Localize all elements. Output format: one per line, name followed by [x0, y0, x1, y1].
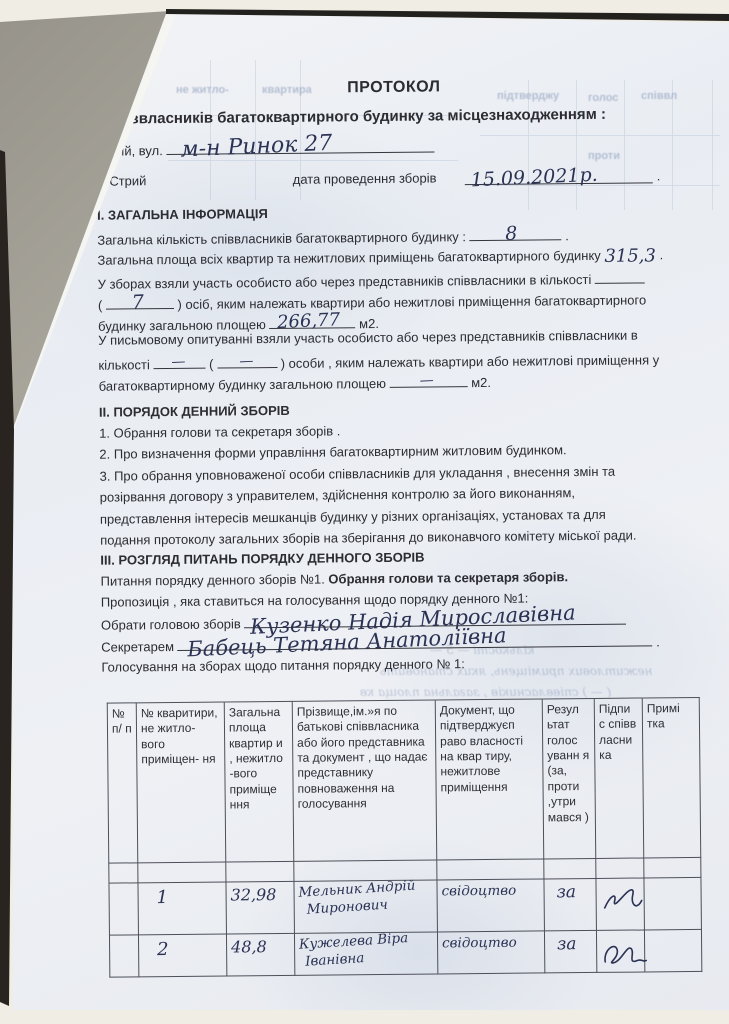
agenda-item: 2. Про визначення форми управління багат… — [99, 442, 566, 462]
written-poll-count-label: кількості — [98, 357, 149, 372]
written-poll-tail: ) особи , яким належать квартири або неж… — [281, 352, 660, 371]
voting-line: Голосування на зборах щодо питання поряд… — [101, 656, 465, 675]
period: . — [656, 634, 660, 649]
note-cell — [644, 929, 701, 971]
vote-handwriting: за — [556, 882, 576, 902]
written-poll-area-blank: — — [389, 372, 467, 388]
question-bold: Обрання голови та секретаря зборів. — [328, 569, 568, 586]
participants-blank — [595, 268, 645, 283]
participants-label: У зборах взяли участь особисто або через… — [98, 272, 592, 292]
scanned-document: не житло- квартира підтверджу голос спів… — [0, 0, 729, 1024]
name-cell: Мельник Андрій Миронович — [294, 880, 437, 933]
apt-cell: 1 — [138, 882, 226, 935]
header-cell: Резул ьтат голос уванн я (за, проти ,утр… — [542, 698, 596, 858]
participants-tail: ) осіб, яким належать квартири або нежит… — [177, 292, 646, 311]
participants-area-handwriting: 266,77 — [277, 312, 341, 331]
document-title: ПРОТОКОЛ — [96, 77, 692, 99]
participants-area-blank: 266,77 — [269, 313, 355, 329]
period: . — [659, 247, 663, 262]
secretary-line: Секретарем Бабець Тетяна Анатоліївна . — [101, 631, 660, 655]
total-owners-line: Загальна кількість співвласників багаток… — [97, 225, 569, 249]
empty-cell — [644, 857, 701, 878]
question-prefix: Питання порядку денного зборів №1. — [101, 572, 325, 589]
date-blank: 15.09.2021р. — [465, 168, 653, 185]
signature-cell — [596, 878, 644, 930]
total-owners-blank: 8 — [470, 225, 562, 241]
dash-handwriting: — — [239, 353, 254, 370]
date-handwriting: 15.09.2021р. — [470, 167, 598, 189]
empty-cell — [544, 858, 596, 878]
participants-count-handwriting: 7 — [132, 294, 145, 311]
agenda-item: 1. Обрання голови та секретаря зборів . — [99, 423, 340, 441]
signature-icon — [601, 885, 645, 913]
total-owners-handwriting: 8 — [505, 225, 518, 242]
area-cell: 32,98 — [226, 881, 294, 934]
total-area-handwriting: 315,3 — [604, 245, 656, 266]
section3-heading: ІІІ. РОЗГЛЯД ПИТАНЬ ПОРЯДКУ ДЕННОГО ЗБОР… — [100, 550, 424, 569]
date-label: дата проведення зборів — [293, 170, 437, 187]
address-line: Стрий, вул. м-н Ринок 27 — [94, 137, 434, 159]
written-poll-line2: кількості — ( — ) особи , яким належать … — [98, 349, 659, 373]
signature-icon — [601, 937, 647, 965]
signature-cell — [596, 930, 644, 972]
note-cell — [644, 877, 701, 930]
address-handwriting: м-н Ринок 27 — [180, 136, 333, 159]
unit-m2: м2. — [471, 375, 491, 390]
table-row: 1 32,98 Мельник Андрій Миронович свідоцт… — [109, 877, 701, 935]
dash-handwriting: — — [171, 354, 186, 371]
name-cell: Кужелева Віра Іванівна — [294, 932, 437, 975]
header-cell: Документ, що підтверджуєп раво власності… — [435, 699, 544, 860]
participants-count-blank: 7 — [106, 294, 174, 310]
empty-cell — [226, 861, 294, 882]
period: . — [657, 168, 661, 184]
vote-handwriting: за — [557, 934, 577, 954]
npp-cell — [109, 883, 138, 935]
chair-label: Обрати головою зборів — [101, 616, 241, 632]
participants-count-line: ( 7 ) осіб, яким належать квартири або н… — [98, 289, 646, 313]
period: . — [565, 228, 569, 243]
agenda-item: розірвання договору з управителем, здійс… — [100, 485, 575, 506]
header-cell: Загальна площа квартир и , нежитло -вого… — [224, 701, 294, 862]
dash-handwriting: — — [419, 372, 434, 389]
section2-heading: ІІ. ПОРЯДОК ДЕННИЙ ЗБОРІВ — [99, 403, 290, 421]
apt-handwriting: 2 — [157, 939, 169, 960]
apt-handwriting: 1 — [157, 887, 169, 908]
agenda-item: подання протоколу загальних зборів на зб… — [100, 528, 636, 549]
secretary-label: Секретарем — [101, 639, 174, 655]
written-poll-blank2: — — [217, 353, 277, 369]
address-blank: м-н Ринок 27 — [166, 137, 434, 155]
agenda-item: представлення інтересів мешканців будинк… — [100, 507, 606, 528]
written-poll-blank1: — — [153, 354, 205, 369]
total-area-line: Загальна площа всіх квартир та нежитлови… — [97, 246, 663, 268]
npp-cell — [109, 935, 138, 977]
doc-cell: свідоцтво — [437, 931, 544, 974]
header-cell: № п/ п — [107, 703, 138, 863]
paren-open: ( — [98, 298, 102, 313]
vote-cell: за — [544, 930, 596, 972]
doc-handwriting: свідоцтво — [442, 935, 517, 952]
vote-cell: за — [544, 878, 596, 930]
city-date-line: м.Стрий дата проведення зборів 15.09.202… — [97, 168, 697, 174]
paren-open: ( — [209, 357, 213, 372]
header-cell: № кваритири, не житло- вого приміщен- ня — [136, 702, 226, 863]
header-cell: Підпи с співв ласни ка — [594, 698, 644, 858]
secretary-blank: Бабець Тетяна Анатоліївна — [178, 631, 653, 651]
agenda-item: 3. Про обрання уповноваженої особи співв… — [99, 464, 615, 485]
area-handwriting: 48,8 — [231, 937, 267, 956]
participants-line: У зборах взяли участь особисто або через… — [98, 268, 645, 292]
document-subtitle: рів співвласників багатоквартирного буди… — [81, 107, 606, 128]
unit-m2: м2. — [359, 316, 379, 331]
table-row: 2 48,8 Кужелева Віра Іванівна свідоцтво … — [109, 929, 701, 976]
empty-cell — [109, 863, 138, 883]
table-header-row: № п/ п № кваритири, не житло- вого примі… — [107, 697, 701, 863]
question-line: Питання порядку денного зборів №1. Обран… — [101, 569, 569, 589]
empty-cell — [437, 859, 544, 880]
header-cell: Примі тка — [642, 697, 701, 858]
empty-cell — [138, 862, 226, 883]
section1-heading: І. ЗАГАЛЬНА ІНФОРМАЦІЯ — [97, 206, 268, 224]
header-cell: Прізвище,ім.»я по батькові співвласника … — [292, 700, 437, 861]
apt-cell: 2 — [138, 934, 226, 976]
empty-cell — [596, 858, 644, 878]
voting-table: № п/ п № кваритири, не житло- вого примі… — [107, 697, 703, 977]
written-poll-area-label: багатоквартирному будинку загальною площ… — [99, 376, 386, 394]
doc-cell: свідоцтво — [437, 879, 544, 932]
area-cell: 48,8 — [226, 933, 294, 975]
area-handwriting: 32,98 — [231, 885, 277, 904]
total-area-label: Загальна площа всіх квартир та нежитлови… — [97, 248, 600, 268]
total-owners-label: Загальна кількість співвласників багаток… — [97, 229, 466, 248]
doc-handwriting: свідоцтво — [441, 883, 516, 900]
written-poll-line3: багатоквартирному будинку загальною площ… — [99, 372, 491, 395]
